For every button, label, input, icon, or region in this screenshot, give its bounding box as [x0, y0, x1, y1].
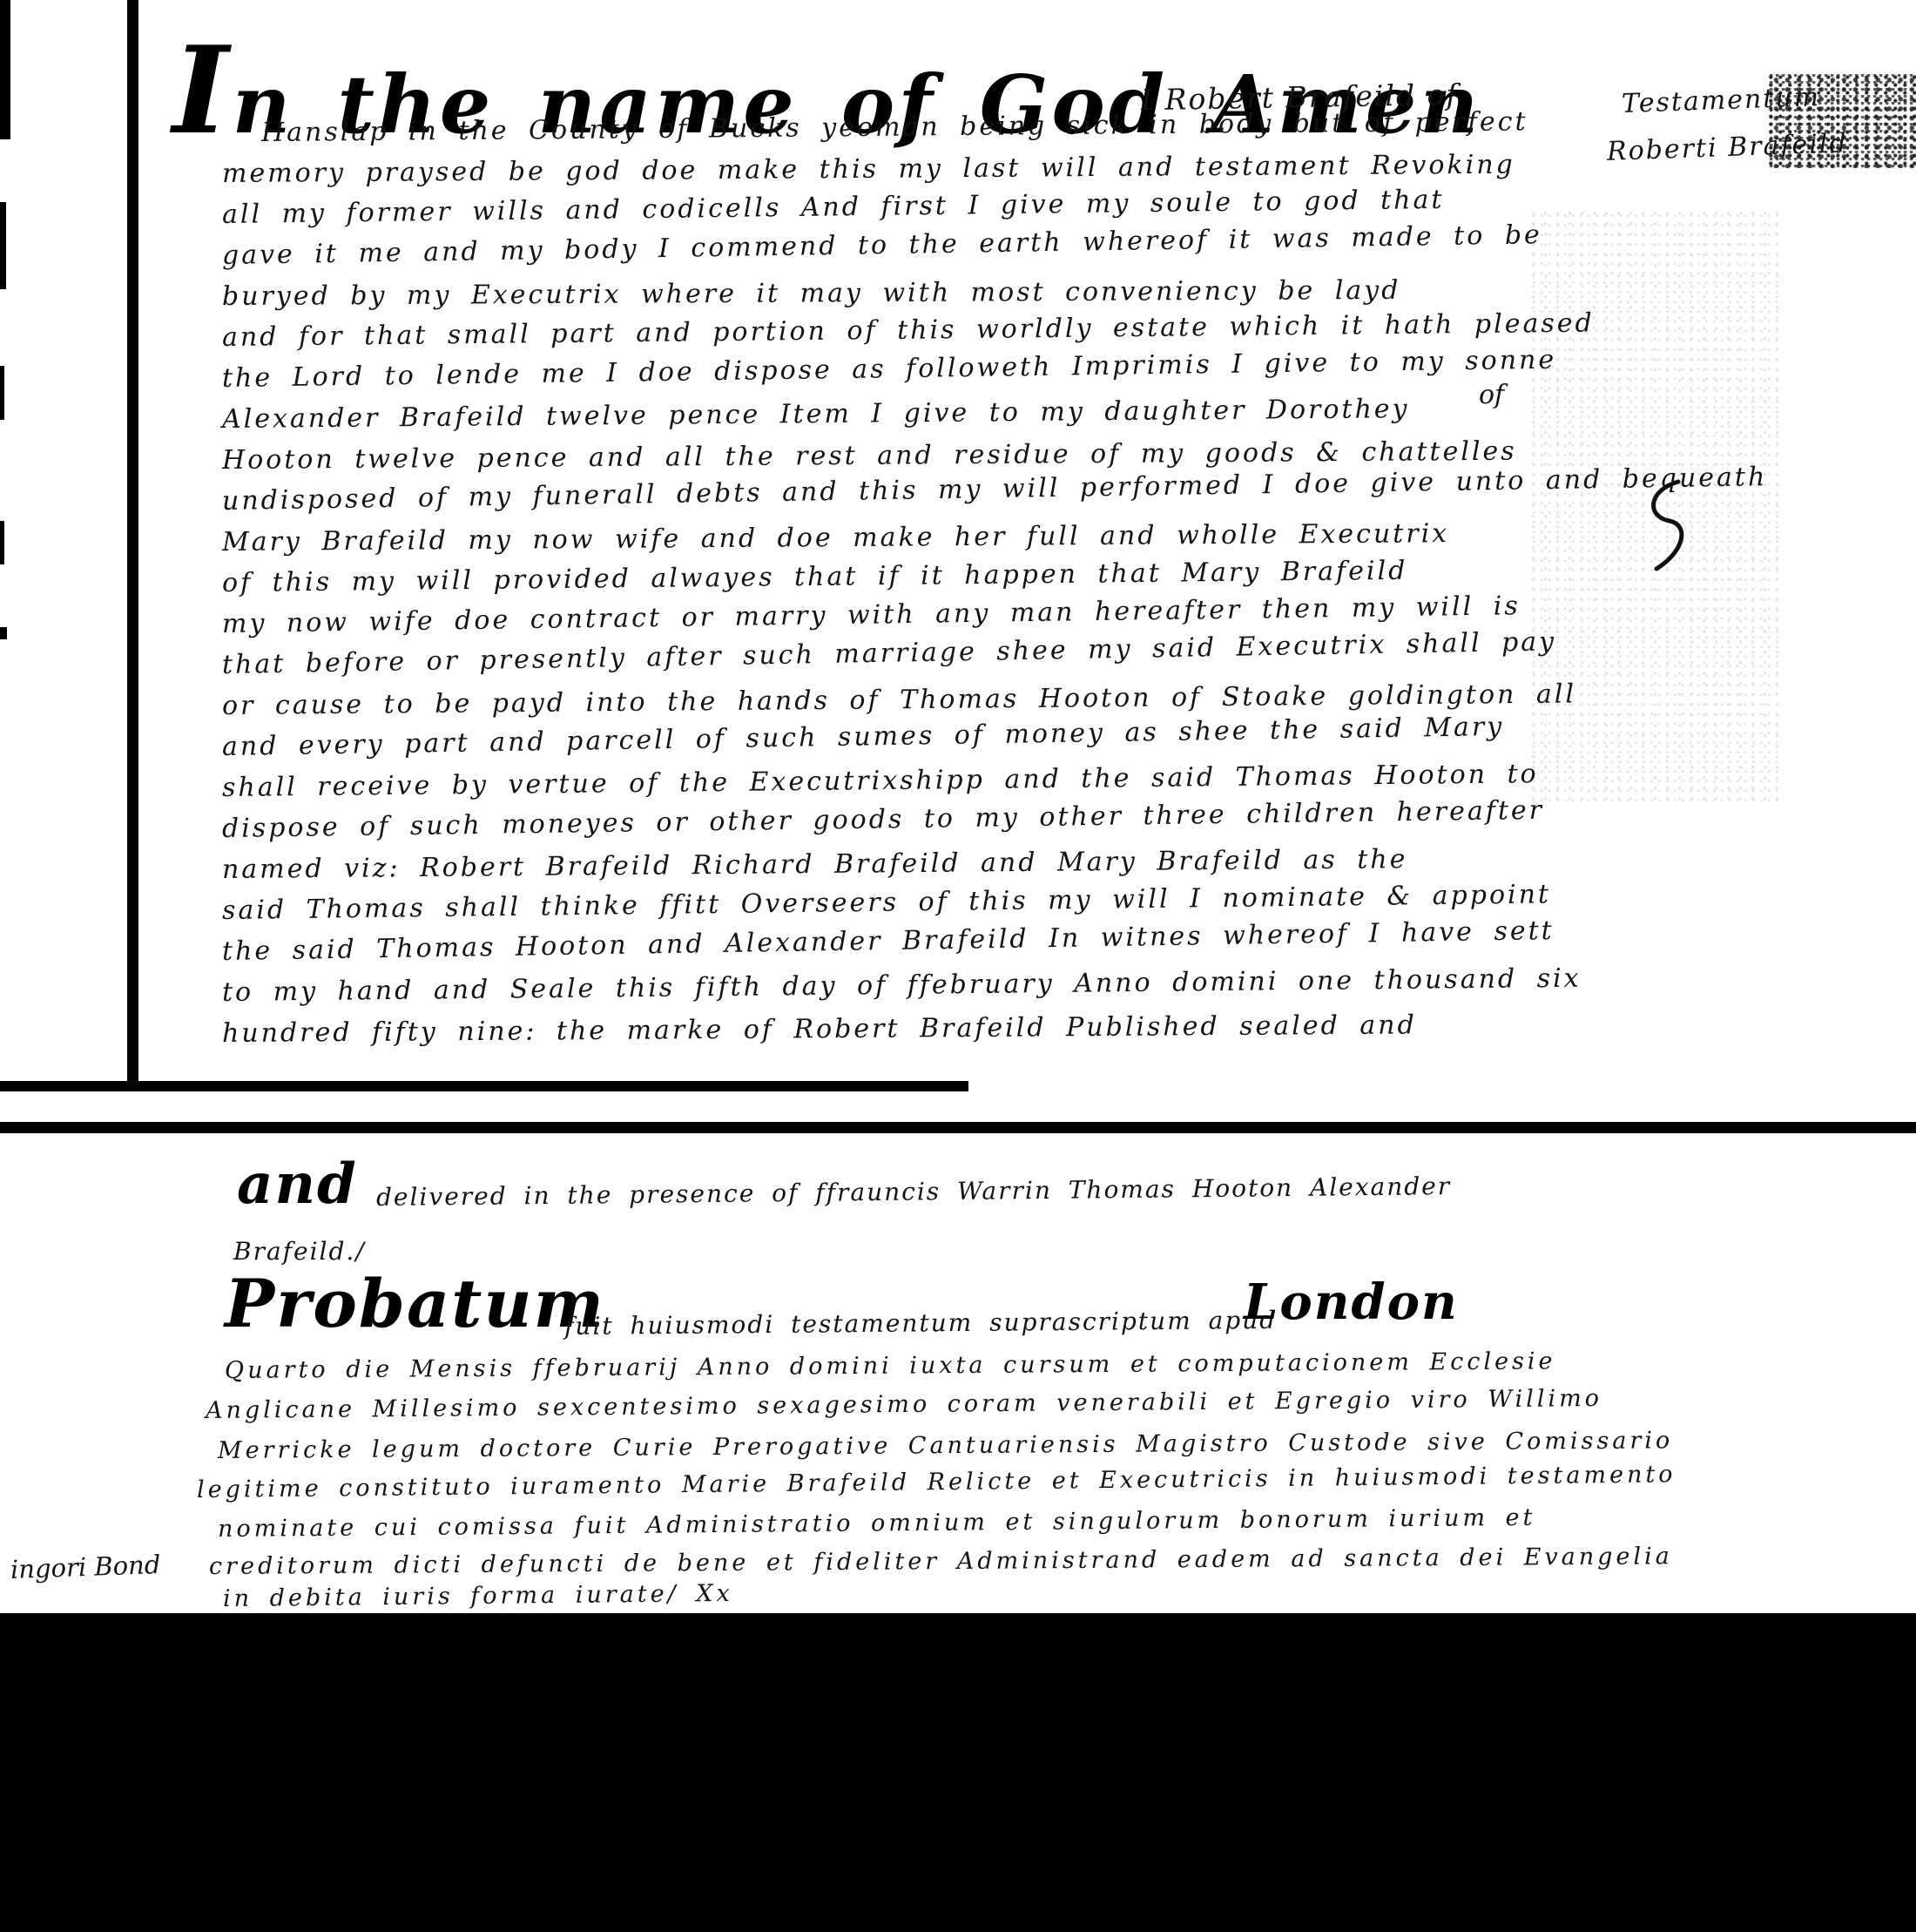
- pen-flourish: [1630, 477, 1691, 573]
- will-line: named viz: Robert Brafeild Richard Brafe…: [222, 844, 1408, 885]
- probate-line: creditorum dicti defuncti de bene et fid…: [209, 1543, 1673, 1580]
- probate-line: in debita iuris forma iurate/ Xx: [223, 1580, 733, 1612]
- left-edge-mark: [0, 627, 7, 639]
- will-line: buryed by my Executrix where it may with…: [222, 275, 1401, 312]
- probate-line: legitime constituto iuramento Marie Braf…: [197, 1461, 1676, 1503]
- probate-line: Merricke legum doctore Curie Prerogative…: [218, 1427, 1673, 1464]
- probate-place: London: [1244, 1273, 1459, 1331]
- will-line: Alexander Brafeild twelve pence Item I g…: [222, 394, 1410, 435]
- probatum-bigword: Probatum: [225, 1265, 605, 1342]
- probate-line: nominate cui comissa fuit Administratio …: [218, 1504, 1536, 1543]
- scan-black-border: [0, 1613, 1916, 1932]
- register-rule-full: [0, 1122, 1916, 1133]
- left-edge-mark: [0, 202, 6, 289]
- manuscript-page: In the name of God Amen I Robert Brafeil…: [0, 0, 1916, 1932]
- witness-bigword: and: [237, 1152, 358, 1217]
- left-edge-mark: [0, 366, 4, 420]
- will-line: shall receive by vertue of the Executrix…: [222, 759, 1539, 803]
- left-margin-rule: [127, 0, 138, 1091]
- will-line: the Lord to lende me I doe dispose as fo…: [222, 345, 1557, 394]
- interlinear-insertion: of: [1479, 380, 1504, 410]
- will-line: dispose of such moneyes or other goods t…: [222, 795, 1544, 844]
- probate-line: Quarto die Mensis ffebruarij Anno domini…: [225, 1348, 1556, 1384]
- will-line: to my hand and Seale this fifth day of f…: [222, 963, 1582, 1008]
- witness-text-line2: Brafeild./: [233, 1237, 366, 1266]
- register-rule-segment: [0, 1081, 968, 1091]
- will-line: hundred fifty nine: the marke of Robert …: [222, 1010, 1417, 1049]
- left-edge-mark: [0, 521, 4, 564]
- probate-intro: fuit huiusmodi testamentum suprascriptum…: [564, 1306, 1277, 1341]
- will-line: and for that small part and portion of t…: [222, 307, 1595, 352]
- will-line: of this my will provided alwayes that if…: [222, 556, 1408, 598]
- probate-line: Anglicane Millesimo sexcentesimo sexages…: [206, 1385, 1602, 1424]
- will-line: all my former wills and codicells And fi…: [222, 185, 1445, 230]
- witness-text: delivered in the presence of ffrauncis W…: [376, 1172, 1451, 1212]
- will-line: Mary Brafeild my now wife and doe make h…: [222, 518, 1449, 557]
- margin-note-bond: ingori Bond: [10, 1550, 160, 1584]
- left-edge-mark: [0, 0, 10, 139]
